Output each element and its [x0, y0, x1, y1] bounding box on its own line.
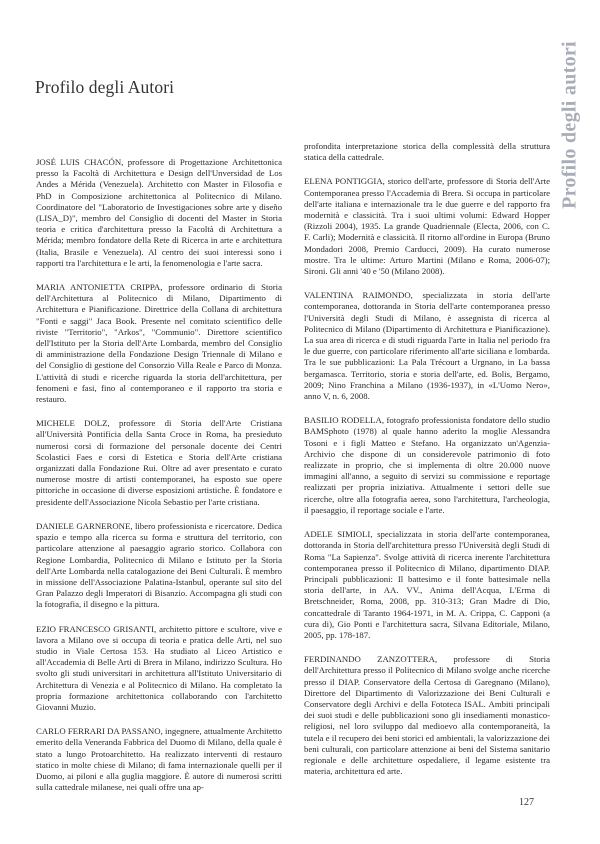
author-bio: ELENA PONTIGGIA, storico dell'arte, prof… [304, 176, 550, 277]
author-bio: FERDINANDO ZANZOTTERA, professore di Sto… [304, 654, 550, 777]
author-bio: MARIA ANTONIETTA CRIPPA, professore ordi… [36, 282, 282, 405]
author-bio: MICHELE DOLZ, professore di Storia dell'… [36, 418, 282, 508]
author-bio: BASILIO RODELLA, fotografo professionist… [304, 415, 550, 516]
left-column: JOSÉ LUIS CHACÓN, professore di Progetta… [36, 157, 282, 806]
author-bio: DANIELE GARNERONE, libero professionista… [36, 521, 282, 611]
page-number: 127 [519, 797, 534, 808]
author-bio: ADELE SIMIOLI, specializzata in storia d… [304, 529, 550, 641]
side-section-tab: Profilo degli autori [555, 22, 585, 227]
author-bio: EZIO FRANCESCO GRISANTI, architetto pitt… [36, 624, 282, 714]
author-bio: VALENTINA RAIMONDO, specializzata in sto… [304, 290, 550, 402]
author-bio: CARLO FERRARI DA PASSANO, ingegnere, att… [36, 726, 282, 793]
author-bio: JOSÉ LUIS CHACÓN, professore di Progetta… [36, 157, 282, 269]
bio-continuation: profondita interpretazione storica della… [304, 141, 550, 163]
page-title: Profilo degli Autori [35, 77, 174, 98]
side-tab-label: Profilo degli autori [559, 41, 582, 209]
right-column: profondita interpretazione storica della… [304, 141, 550, 790]
